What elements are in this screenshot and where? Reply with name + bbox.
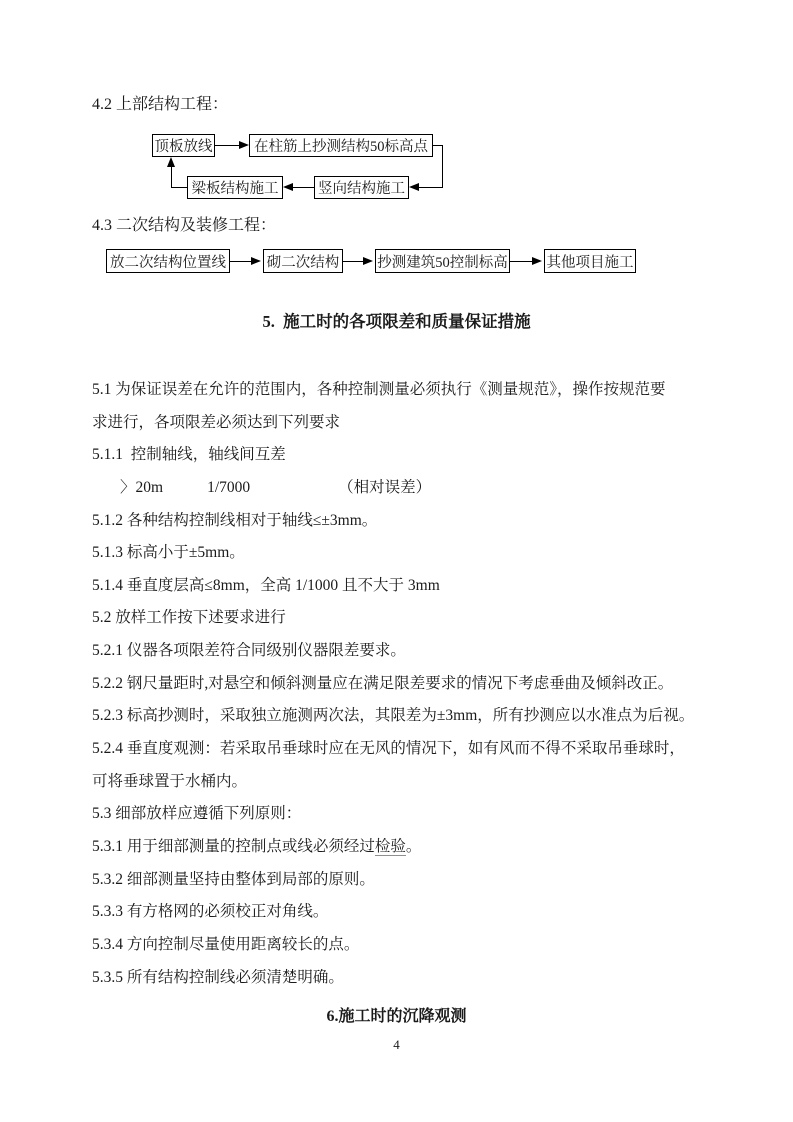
paragraph-5-1-line-2: 求进行，各项限差必须达到下列要求	[92, 407, 752, 440]
underlined-term: 检验	[375, 838, 406, 856]
paragraph-5-1-4: 5.1.4 垂直度层高≤8mm，全高 1/1000 且不大于 3mm	[92, 570, 752, 603]
section-5-body: 5.1 为保证误差在允许的范围内，各种控制测量必须执行《测量规范》，操作按规范要…	[92, 374, 752, 994]
paragraph-5-3-1-suffix: 。	[406, 838, 422, 855]
paragraph-5-1-2: 5.1.2 各种结构控制线相对于轴线≤±3mm。	[92, 505, 752, 538]
arrow-left-icon	[283, 183, 293, 191]
flow-box-column-rebar-level: 在柱筋上抄测结构50标高点	[249, 134, 433, 157]
paragraph-5-2-4-line-1: 5.2.4 垂直度观测：若采取吊垂球时应在无风的情况下，如有风而不得不采取吊垂球…	[92, 733, 752, 766]
paragraph-5-3-1-prefix: 5.3.1 用于细部测量的控制点或线必须经过	[92, 838, 375, 855]
paragraph-5-3-2: 5.3.2 细部测量坚持由整体到局部的原则。	[92, 864, 752, 897]
paragraph-5-2-2: 5.2.2 钢尺量距时,对悬空和倾斜测量应在满足限差要求的情况下考虑垂曲及倾斜改…	[92, 668, 752, 701]
flow-box-building-level-control: 抄测建筑50控制标高	[375, 249, 510, 273]
tolerance-values-line: 〉20m1/7000（相对误差）	[92, 472, 752, 505]
page-number: 4	[0, 1037, 793, 1053]
section-heading-5: 5. 施工时的各项限差和质量保证措施	[0, 308, 793, 332]
flow-box-vertical-structure: 竖向结构施工	[314, 176, 409, 199]
paragraph-5-1-3: 5.1.3 标高小于±5mm。	[92, 537, 752, 570]
connector-line	[510, 261, 532, 262]
arrow-left-icon	[409, 183, 419, 191]
connector-line	[419, 187, 443, 188]
arrow-right-icon	[251, 257, 261, 265]
tolerance-range: 〉20m	[120, 472, 163, 505]
paragraph-5-1-line-1: 5.1 为保证误差在允许的范围内，各种控制测量必须执行《测量规范》，操作按规范要	[92, 374, 752, 407]
flow-box-roof-slab-layout: 顶板放线	[152, 134, 215, 157]
flow-box-build-secondary-structure: 砌二次结构	[263, 249, 343, 273]
paragraph-5-2-3: 5.2.3 标高抄测时，采取独立施测两次法，其限差为±3mm，所有抄测应以水准点…	[92, 700, 752, 733]
arrow-right-icon	[532, 257, 542, 265]
paragraph-5-3-1: 5.3.1 用于细部测量的控制点或线必须经过检验。	[92, 831, 752, 864]
flow-box-beam-slab-structure: 梁板结构施工	[187, 176, 283, 199]
arrow-right-icon	[239, 141, 249, 149]
paragraph-5-2-1: 5.2.1 仪器各项限差符合同级别仪器限差要求。	[92, 635, 752, 668]
section-heading-4-2: 4.2 上部结构工程：	[92, 91, 228, 114]
flow-box-other-items: 其他项目施工	[544, 249, 636, 273]
arrow-right-icon	[363, 257, 373, 265]
document-page: 4.2 上部结构工程： 顶板放线 在柱筋上抄测结构50标高点 竖向结构施工 梁板…	[0, 0, 793, 1122]
paragraph-5-3-4: 5.3.4 方向控制尽量使用距离较长的点。	[92, 929, 752, 962]
connector-line	[343, 261, 363, 262]
arrow-up-icon	[167, 157, 175, 167]
connector-line	[442, 145, 443, 188]
connector-line	[230, 261, 251, 262]
paragraph-5-3-3: 5.3.3 有方格网的必须校正对角线。	[92, 896, 752, 929]
connector-line	[293, 187, 314, 188]
tolerance-note: （相对误差）	[338, 472, 431, 505]
connector-line	[215, 145, 239, 146]
connector-line	[171, 187, 187, 188]
paragraph-5-3-5: 5.3.5 所有结构控制线必须清楚明确。	[92, 962, 752, 995]
tolerance-ratio: 1/7000	[207, 472, 250, 505]
paragraph-5-1-1: 5.1.1 控制轴线，轴线间互差	[92, 439, 752, 472]
section-heading-6: 6.施工时的沉降观测	[0, 1003, 793, 1026]
paragraph-5-2: 5.2 放样工作按下述要求进行	[92, 602, 752, 635]
paragraph-5-3: 5.3 细部放样应遵循下列原则：	[92, 798, 752, 831]
section-heading-4-3: 4.3 二次结构及装修工程：	[92, 212, 276, 235]
flow-box-secondary-layout-line: 放二次结构位置线	[106, 249, 230, 273]
paragraph-5-2-4-line-2: 可将垂球置于水桶内。	[92, 766, 752, 799]
